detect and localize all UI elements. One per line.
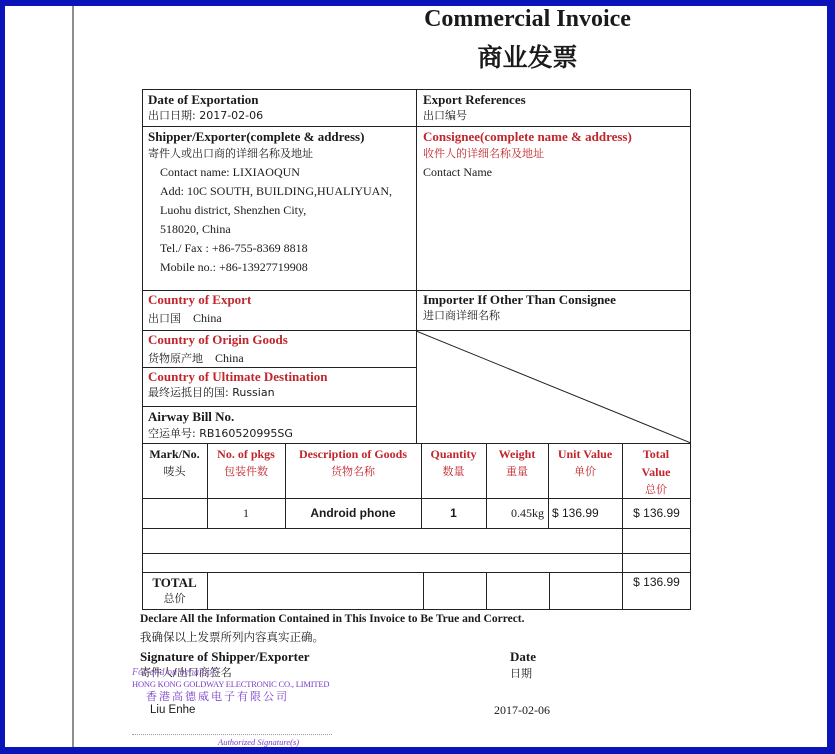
date-label: Date bbox=[510, 648, 536, 666]
header-en: No. of pkgs bbox=[207, 445, 285, 463]
header-en: Weight bbox=[486, 445, 548, 463]
total-label-cn: 总价 bbox=[142, 591, 207, 606]
title-cn: 商业发票 bbox=[5, 38, 835, 74]
airway-bill: Airway Bill No. 空运单号: RB160520995SG bbox=[148, 409, 293, 443]
value: China bbox=[215, 351, 244, 365]
header-en: Mark/No. bbox=[142, 445, 207, 463]
divider bbox=[142, 290, 691, 291]
value: 最终运抵目的国: Russian bbox=[148, 385, 327, 400]
country-of-export: Country of Export 出口国 China bbox=[148, 292, 251, 328]
cell-description: Android phone bbox=[285, 504, 421, 523]
divider bbox=[142, 553, 691, 554]
label-cn: 进口商详细名称 bbox=[423, 308, 616, 323]
label-cn: 货物原产地 bbox=[148, 352, 203, 365]
shipper-district: Luohu district, Shenzhen City, bbox=[160, 201, 392, 220]
shipper-block: Shipper/Exporter(complete & address) 寄件人… bbox=[148, 129, 392, 277]
date-label-cn: 日期 bbox=[510, 666, 532, 681]
shipper-address: Add: 10C SOUTH, BUILDING,HUALIYUAN, bbox=[160, 182, 392, 201]
label: Country of Ultimate Destination bbox=[148, 369, 327, 385]
cell-total-value: $ 136.99 bbox=[622, 504, 691, 523]
header-cn: 数量 bbox=[421, 463, 486, 481]
header-en: Unit Value bbox=[548, 445, 622, 463]
declaration-en: Declare All the Information Contained in… bbox=[140, 611, 525, 627]
value: China bbox=[193, 311, 222, 325]
shipper-postcode: 518020, China bbox=[160, 220, 392, 239]
header-cn: 重量 bbox=[486, 463, 548, 481]
shipper-tel: Tel./ Fax : +86-755-8369 8818 bbox=[160, 239, 392, 258]
divider bbox=[142, 406, 416, 407]
divider bbox=[142, 528, 691, 529]
date-of-exportation: Date of Exportation 出口日期: 2017-02-06 bbox=[148, 92, 263, 123]
cell-unit-value: $ 136.99 bbox=[548, 504, 622, 523]
country-of-origin: Country of Origin Goods 货物原产地 China bbox=[148, 332, 288, 368]
divider bbox=[549, 572, 550, 610]
divider bbox=[207, 572, 208, 610]
diagonal-strike bbox=[416, 330, 691, 444]
divider bbox=[142, 498, 691, 499]
label: Airway Bill No. bbox=[148, 409, 293, 425]
col-header-unit-value: Unit Value 单价 bbox=[548, 445, 622, 481]
header-cn: 单价 bbox=[548, 463, 622, 481]
ultimate-destination: Country of Ultimate Destination 最终运抵目的国:… bbox=[148, 369, 327, 400]
label-cn: 出口国 bbox=[148, 312, 181, 325]
header-cn: 包装件数 bbox=[207, 463, 285, 481]
divider bbox=[142, 572, 691, 573]
date-value: 2017-02-06 bbox=[494, 702, 550, 718]
signature-label: Signature of Shipper/Exporter bbox=[140, 648, 310, 666]
stamp-company-cn: 香港高德威电子有限公司 bbox=[146, 690, 289, 704]
total-label: TOTAL 总价 bbox=[142, 574, 207, 606]
title-en: Commercial Invoice bbox=[5, 6, 835, 33]
col-header-description: Description of Goods 货物名称 bbox=[285, 445, 421, 481]
total-value: $ 136.99 bbox=[622, 574, 691, 591]
label: Importer If Other Than Consignee bbox=[423, 292, 616, 308]
consignee-block: Consignee(complete name & address) 收件人的详… bbox=[423, 129, 632, 182]
header-cn: 唛头 bbox=[142, 463, 207, 481]
cell-weight: 0.45kg bbox=[486, 504, 548, 523]
col-header-quantity: Quantity 数量 bbox=[421, 445, 486, 481]
signer-name: Liu Enhe bbox=[150, 703, 195, 718]
consignee-label: Consignee(complete name & address) bbox=[423, 129, 632, 145]
export-references: Export References 出口编号 bbox=[423, 92, 526, 123]
col-header-weight: Weight 重量 bbox=[486, 445, 548, 481]
value: 出口编号 bbox=[423, 108, 526, 123]
label: Export References bbox=[423, 92, 526, 108]
value: 出口日期: 2017-02-06 bbox=[148, 108, 263, 123]
cell-quantity: 1 bbox=[421, 504, 486, 523]
shipper-mobile: Mobile no.: +86-13927719908 bbox=[160, 258, 392, 277]
label: Country of Origin Goods bbox=[148, 332, 288, 348]
consignee-contact: Contact Name bbox=[423, 163, 632, 182]
value: 空运单号: RB160520995SG bbox=[148, 425, 293, 443]
margin-line bbox=[72, 6, 74, 747]
shipper-label-cn: 寄件人或出口商的详细名称及地址 bbox=[148, 145, 392, 163]
shipper-label: Shipper/Exporter(complete & address) bbox=[148, 129, 392, 145]
divider bbox=[423, 572, 424, 610]
col-header-pkgs: No. of pkgs 包装件数 bbox=[207, 445, 285, 481]
label: Date of Exportation bbox=[148, 92, 263, 108]
header-cn: 总价 bbox=[630, 481, 682, 499]
header-en: Quantity bbox=[421, 445, 486, 463]
signature-line bbox=[132, 734, 332, 735]
cell-pkgs: 1 bbox=[207, 504, 285, 523]
header-cn: 货物名称 bbox=[285, 463, 421, 481]
divider bbox=[142, 126, 691, 127]
stamp-company-en: HONG KONG GOLDWAY ELECTRONIC CO., LIMITE… bbox=[132, 678, 329, 690]
header-en: Total Value bbox=[630, 445, 682, 481]
col-header-mark: Mark/No. 唛头 bbox=[142, 445, 207, 481]
divider bbox=[486, 572, 487, 610]
invoice-page: Commercial Invoice 商业发票 Date of Exportat… bbox=[5, 6, 827, 747]
importer-block: Importer If Other Than Consignee 进口商详细名称 bbox=[423, 292, 616, 323]
authorized-signature-label: Authorized Signature(s) bbox=[218, 737, 299, 747]
col-header-total-value: Total Value 总价 bbox=[630, 445, 682, 499]
declaration-cn: 我确保以上发票所列内容真实正确。 bbox=[140, 628, 324, 646]
header-en: Description of Goods bbox=[285, 445, 421, 463]
consignee-label-cn: 收件人的详细名称及地址 bbox=[423, 145, 632, 163]
total-label-en: TOTAL bbox=[142, 574, 207, 591]
label: Country of Export bbox=[148, 292, 251, 308]
shipper-contact: Contact name: LIXIAOQUN bbox=[160, 163, 392, 182]
